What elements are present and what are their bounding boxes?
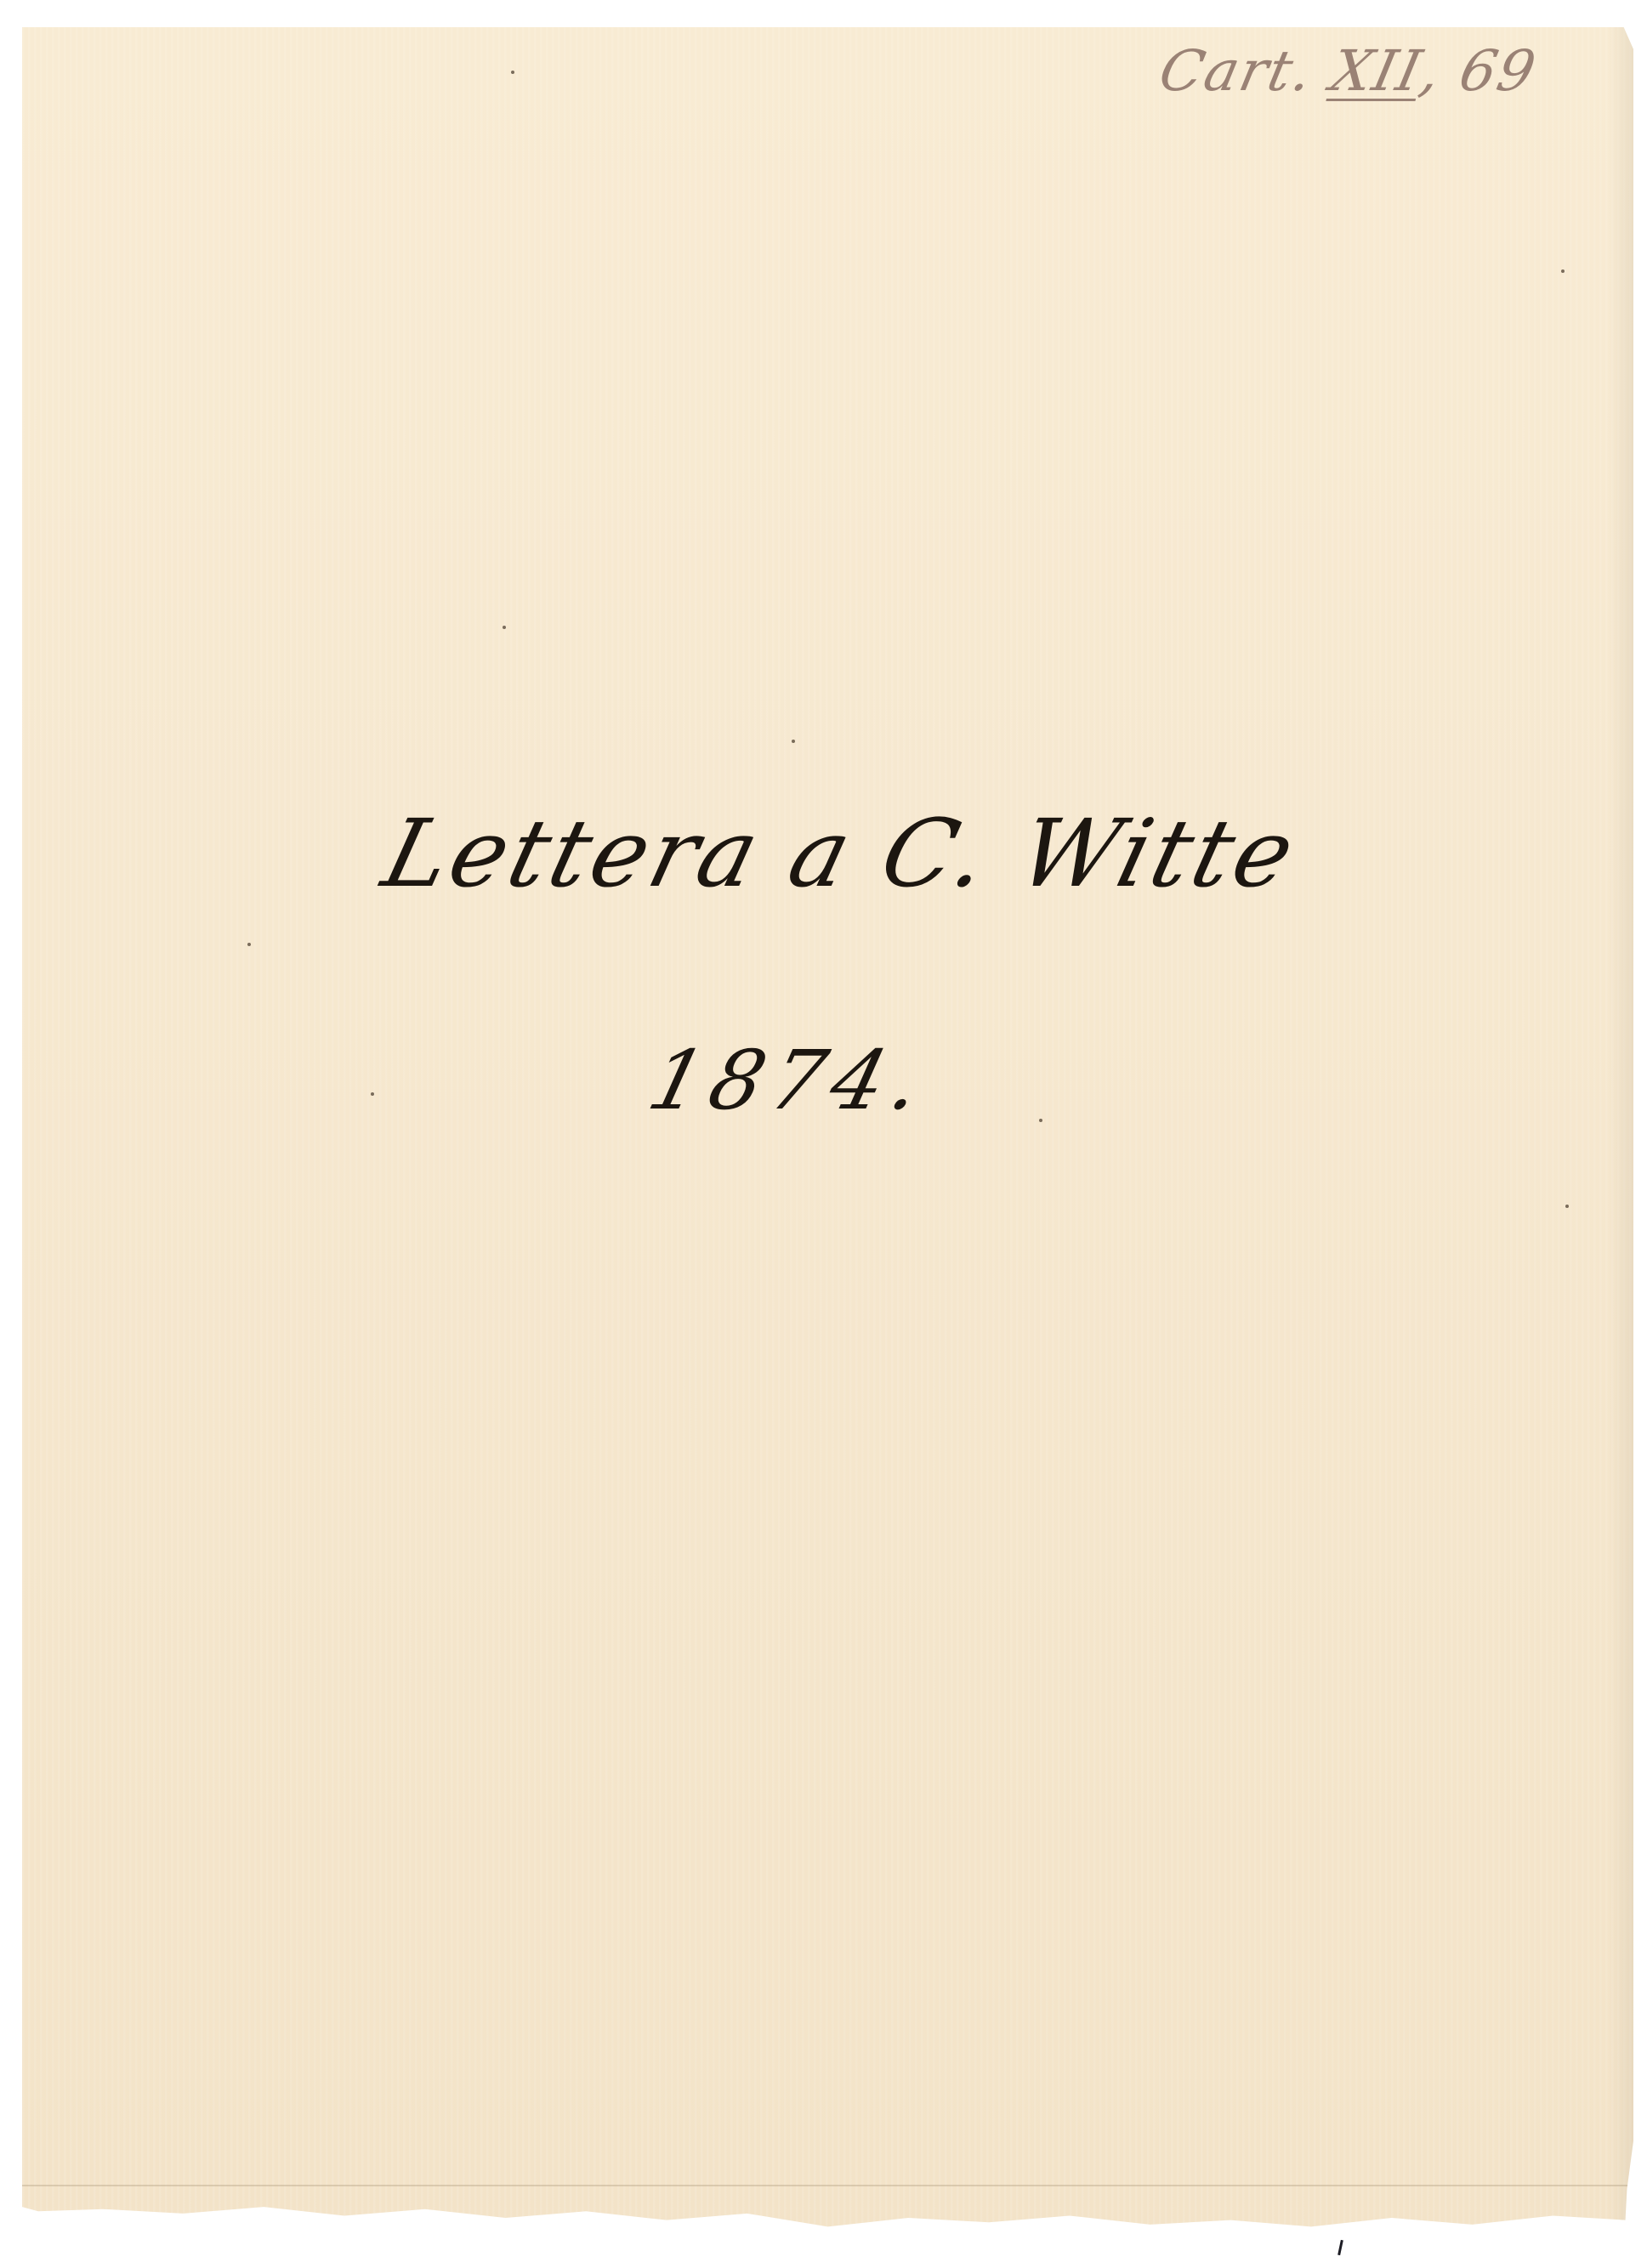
sheet-right-edge-shadow [1608, 27, 1633, 2229]
paper-speck [1561, 269, 1565, 273]
paper-speck [1565, 1205, 1569, 1208]
paper-speck [247, 943, 251, 946]
shelfmark-prefix: Cart. [1154, 38, 1320, 104]
paper-speck [503, 626, 506, 629]
shelfmark-number: 69 [1454, 38, 1542, 104]
paper-sheet [22, 27, 1633, 2229]
document-year: 1874. [0, 1033, 1647, 1128]
shelfmark-volume: XII [1326, 38, 1429, 104]
paper-speck [792, 740, 795, 743]
document-title: Lettera a C. Witte [0, 799, 1647, 908]
scan-artifact-mark [1337, 2240, 1343, 2255]
bottom-fold-line [22, 2185, 1633, 2186]
paper-speck [511, 71, 514, 74]
archive-shelfmark: Cart. XII, 69 [1154, 38, 1542, 104]
